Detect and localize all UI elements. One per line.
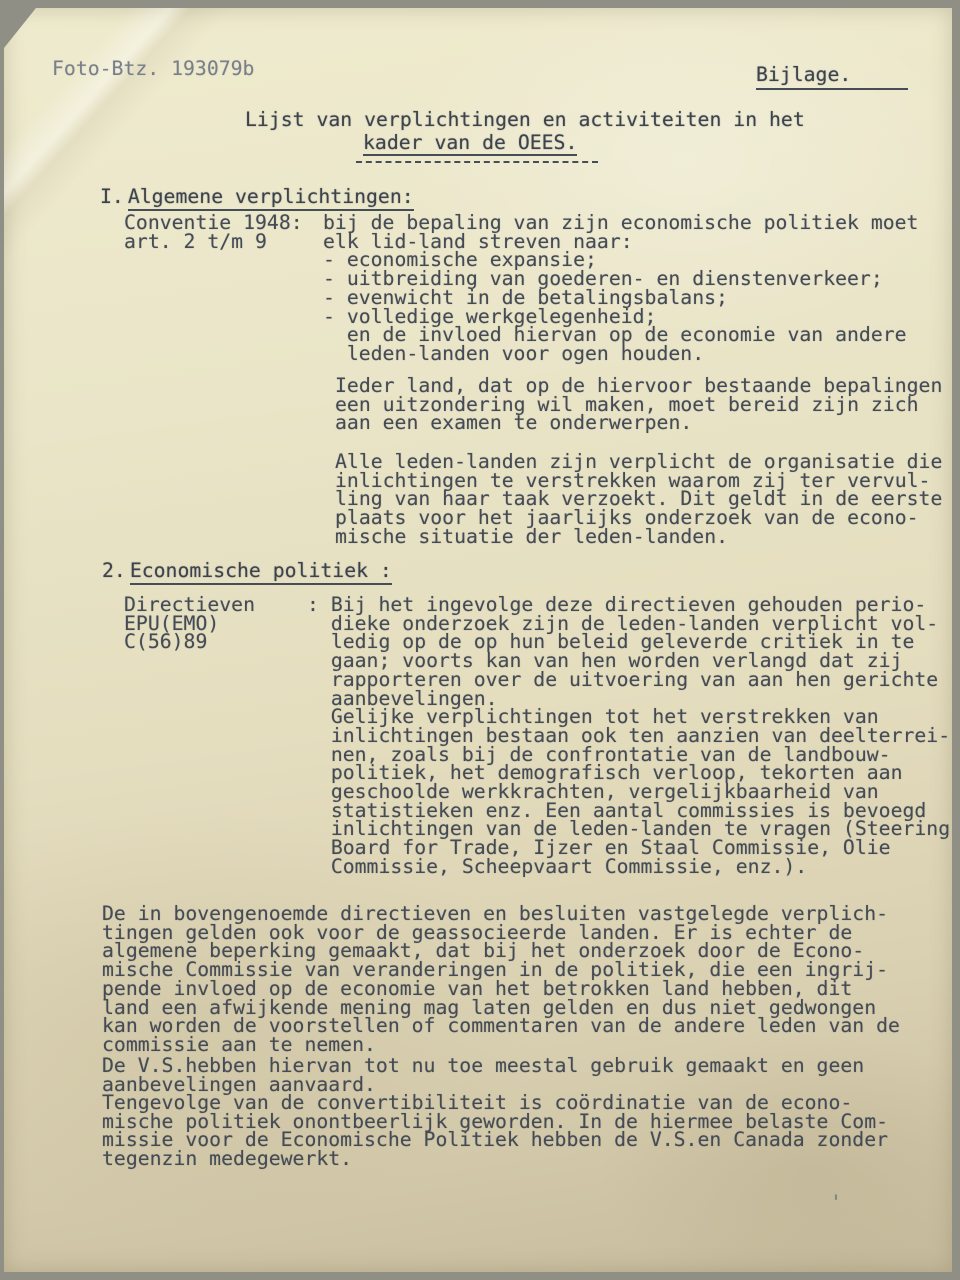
photo-reference: Foto-Btz. 193079b [52,60,254,79]
section-1-title: Algemene verplichtingen: [128,185,414,211]
section-2-title: Economische politiek : [130,559,392,585]
title-dashed-underline [356,161,598,163]
stray-ink-mark: ' [830,1194,842,1213]
annex-label: Bijlage. [756,66,908,90]
closing-paragraph-3: Tengevolge van de convertibiliteit is co… [102,1094,888,1169]
directives-text: : Bij het ingevolge deze directieven geh… [307,596,950,877]
convention-reference: Conventie 1948: art. 2 t/m 9 [124,214,303,251]
scanned-document: { "doc": { "photo_ref": "Foto-Btz. 19307… [0,0,960,1280]
information-paragraph: Alle leden-landen zijn verplicht de orga… [335,453,942,547]
section-1-number: I. [100,185,124,208]
section-2-number: 2. [102,559,126,582]
exception-paragraph: Ieder land, dat op de hiervoor bestaande… [335,377,942,433]
closing-paragraph-1: De in bovengenoemde directieven en beslu… [102,905,900,1055]
convention-text: bij de bepaling van zijn economische pol… [323,214,918,364]
section-2-heading: 2.Economische politiek : [102,562,392,581]
document-title-line-2: kader van de OEES. [363,134,577,156]
section-1-heading: I.Algemene verplichtingen: [100,188,414,207]
closing-paragraph-2: De V.S.hebben hiervan tot nu toe meestal… [102,1057,864,1094]
directives-reference: Directieven EPU(EMO) C(56)89 [124,596,255,652]
paper-sheet: Foto-Btz. 193079b Bijlage. Lijst van ver… [4,8,952,1272]
document-title-line-1: Lijst van verplichtingen en activiteiten… [245,111,805,130]
